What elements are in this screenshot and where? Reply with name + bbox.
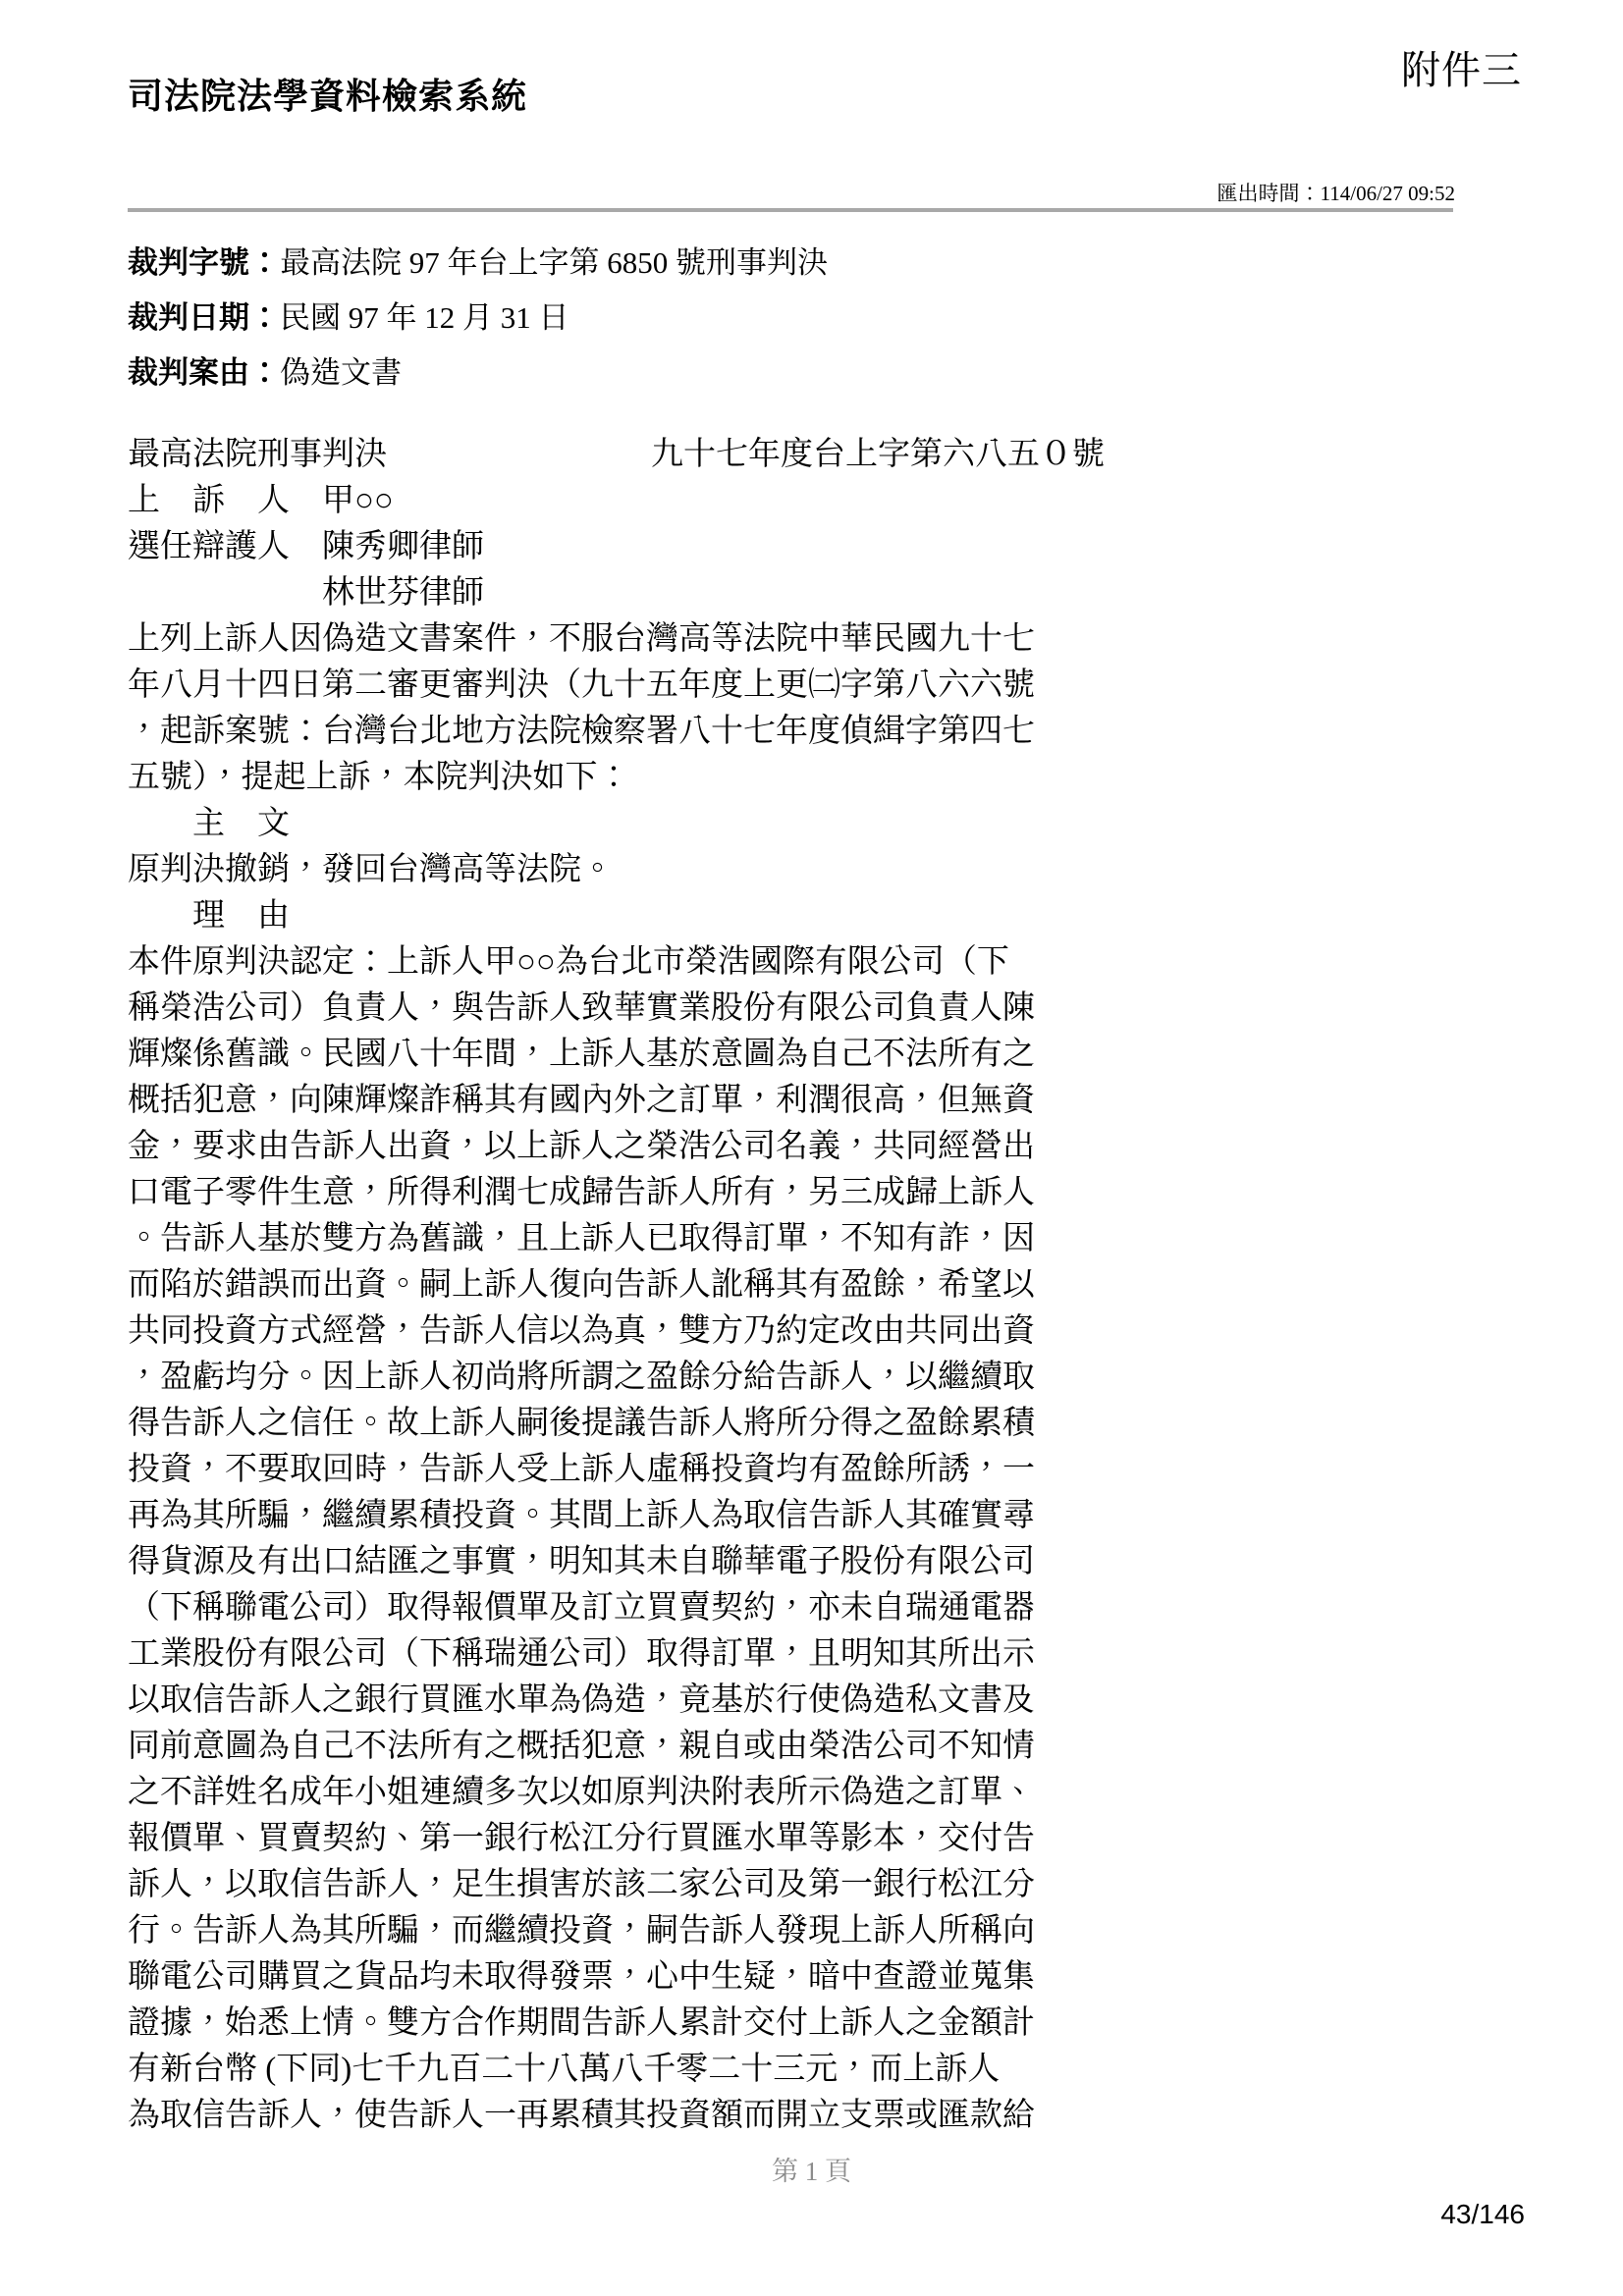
judgment-line: 之不詳姓名成年小姐連續多次以如原判決附表所示偽造之訂單、 — [128, 1770, 1105, 1816]
judgment-line: 林世芬律師 — [128, 570, 1105, 616]
judgment-line: 投資，不要取回時，告訴人受上訴人虛稱投資均有盈餘所誘，一 — [128, 1447, 1105, 1493]
footer-page-label: 第 1 頁 — [0, 2150, 1623, 2188]
judgment-line: 原判決撤銷，發回台灣高等法院。 — [128, 847, 1105, 893]
field-value: 民國 97 年 12 月 31 日 — [280, 300, 569, 335]
judgment-line: 工業股份有限公司（下稱瑞通公司）取得訂單，且明知其所出示 — [128, 1631, 1105, 1678]
judgment-line: 概括犯意，向陳輝燦詐稱其有國內外之訂單，利潤很高，但無資 — [128, 1078, 1105, 1124]
judgment-line: 口電子零件生意，所得利潤七成歸告訴人所有，另三成歸上訴人 — [128, 1170, 1105, 1216]
field-label: 裁判日期： — [128, 300, 280, 335]
judgment-line: ，起訴案號：台灣台北地方法院檢察署八十七年度偵緝字第四七 — [128, 709, 1105, 755]
judgment-line: ，盈虧均分。因上訴人初尚將所謂之盈餘分給告訴人，以繼續取 — [128, 1355, 1105, 1401]
judgment-line: 主 文 — [128, 801, 1105, 847]
judgment-line: 以取信告訴人之銀行買匯水單為偽造，竟基於行使偽造私文書及 — [128, 1678, 1105, 1724]
judgment-heading: 最高法院刑事判決 九十七年度台上字第六八五０號 — [128, 432, 1105, 478]
judgment-line: 。告訴人基於雙方為舊識，且上訴人已取得訂單，不知有詐，因 — [128, 1216, 1105, 1262]
judgment-line: 報價單、買賣契約、第一銀行松江分行買匯水單等影本，交付告 — [128, 1816, 1105, 1862]
judgment-line: 證據，始悉上情。雙方合作期間告訴人累計交付上訴人之金額計 — [128, 2001, 1105, 2047]
judgment-line: 五號），提起上訴，本院判決如下： — [128, 755, 1105, 801]
field-row: 裁判案由：偽造文書 — [128, 346, 828, 400]
judgment-line: 上 訴 人 甲○○ — [128, 478, 1105, 524]
judgment-line: 得告訴人之信任。故上訴人嗣後提議告訴人將所分得之盈餘累積 — [128, 1401, 1105, 1447]
judgment-line: 訴人，以取信告訴人，足生損害於該二家公司及第一銀行松江分 — [128, 1862, 1105, 1908]
judgment-line: 共同投資方式經營，告訴人信以為真，雙方乃約定改由共同出資 — [128, 1308, 1105, 1355]
judgment-line: 而陷於錯誤而出資。嗣上訴人復向告訴人訛稱其有盈餘，希望以 — [128, 1262, 1105, 1308]
judgment-line: 行。告訴人為其所騙，而繼續投資，嗣告訴人發現上訴人所稱向 — [128, 1908, 1105, 1954]
field-label: 裁判案由： — [128, 355, 280, 390]
judgment-line: 為取信告訴人，使告訴人一再累積其投資額而開立支票或匯款給 — [128, 2093, 1105, 2139]
judgment-line: 年八月十四日第二審更審判決（九十五年度上更㈡字第八六六號 — [128, 663, 1105, 709]
judgment-line: 本件原判決認定：上訴人甲○○為台北市榮浩國際有限公司（下 — [128, 939, 1105, 986]
judgment-body: 最高法院刑事判決 九十七年度台上字第六八五０號 上 訴 人 甲○○ 選任辯護人 … — [128, 432, 1105, 2139]
attachment-label: 附件三 — [1401, 51, 1522, 90]
judgment-line: 上列上訴人因偽造文書案件，不服台灣高等法院中華民國九十七 — [128, 616, 1105, 663]
judgment-metadata: 裁判字號：最高法院 97 年台上字第 6850 號刑事判決 裁判日期：民國 97… — [128, 236, 828, 400]
judgment-line: （下稱聯電公司）取得報價單及訂立買賣契約，亦未自瑞通電器 — [128, 1585, 1105, 1631]
judgment-line: 同前意圖為自己不法所有之概括犯意，親自或由榮浩公司不知情 — [128, 1724, 1105, 1770]
judgment-lines: 上 訴 人 甲○○ 選任辯護人 陳秀卿律師 林世芬律師 上列上訴人因偽造文書案件… — [128, 478, 1105, 2139]
judgment-line: 有新台幣 (下同)七千九百二十八萬八千零二十三元，而上訴人 — [128, 2047, 1105, 2093]
field-row: 裁判字號：最高法院 97 年台上字第 6850 號刑事判決 — [128, 236, 828, 291]
field-label: 裁判字號： — [128, 245, 280, 280]
judgment-line: 稱榮浩公司）負責人，與告訴人致華實業股份有限公司負責人陳 — [128, 986, 1105, 1032]
judgment-heading-case-number: 九十七年度台上字第六八五０號 — [651, 432, 1105, 478]
judgment-line: 金，要求由告訴人出資，以上訴人之榮浩公司名義，共同經營出 — [128, 1124, 1105, 1170]
judgment-heading-court: 最高法院刑事判決 — [128, 432, 387, 478]
judgment-line: 輝燦係舊識。民國八十年間，上訴人基於意圖為自己不法所有之 — [128, 1032, 1105, 1078]
judgment-line: 聯電公司購買之貨品均未取得發票，心中生疑，暗中查證並蒐集 — [128, 1954, 1105, 2001]
judgment-line: 選任辯護人 陳秀卿律師 — [128, 524, 1105, 570]
export-time: 匯出時間：114/06/27 09:52 — [1217, 182, 1455, 206]
header-divider — [128, 208, 1453, 212]
field-row: 裁判日期：民國 97 年 12 月 31 日 — [128, 291, 828, 346]
field-value: 最高法院 97 年台上字第 6850 號刑事判決 — [280, 245, 828, 280]
page-indicator: 43/146 — [1440, 2199, 1525, 2230]
judgment-line: 再為其所騙，繼續累積投資。其間上訴人為取信告訴人其確實尋 — [128, 1493, 1105, 1539]
judgment-line: 得貨源及有出口結匯之事實，明知其未自聯華電子股份有限公司 — [128, 1539, 1105, 1585]
document-page: 附件三 司法院法學資料檢索系統 匯出時間：114/06/27 09:52 裁判字… — [0, 0, 1623, 2296]
field-value: 偽造文書 — [280, 355, 402, 390]
judgment-line: 理 由 — [128, 893, 1105, 939]
page-title: 司法院法學資料檢索系統 — [128, 79, 527, 114]
